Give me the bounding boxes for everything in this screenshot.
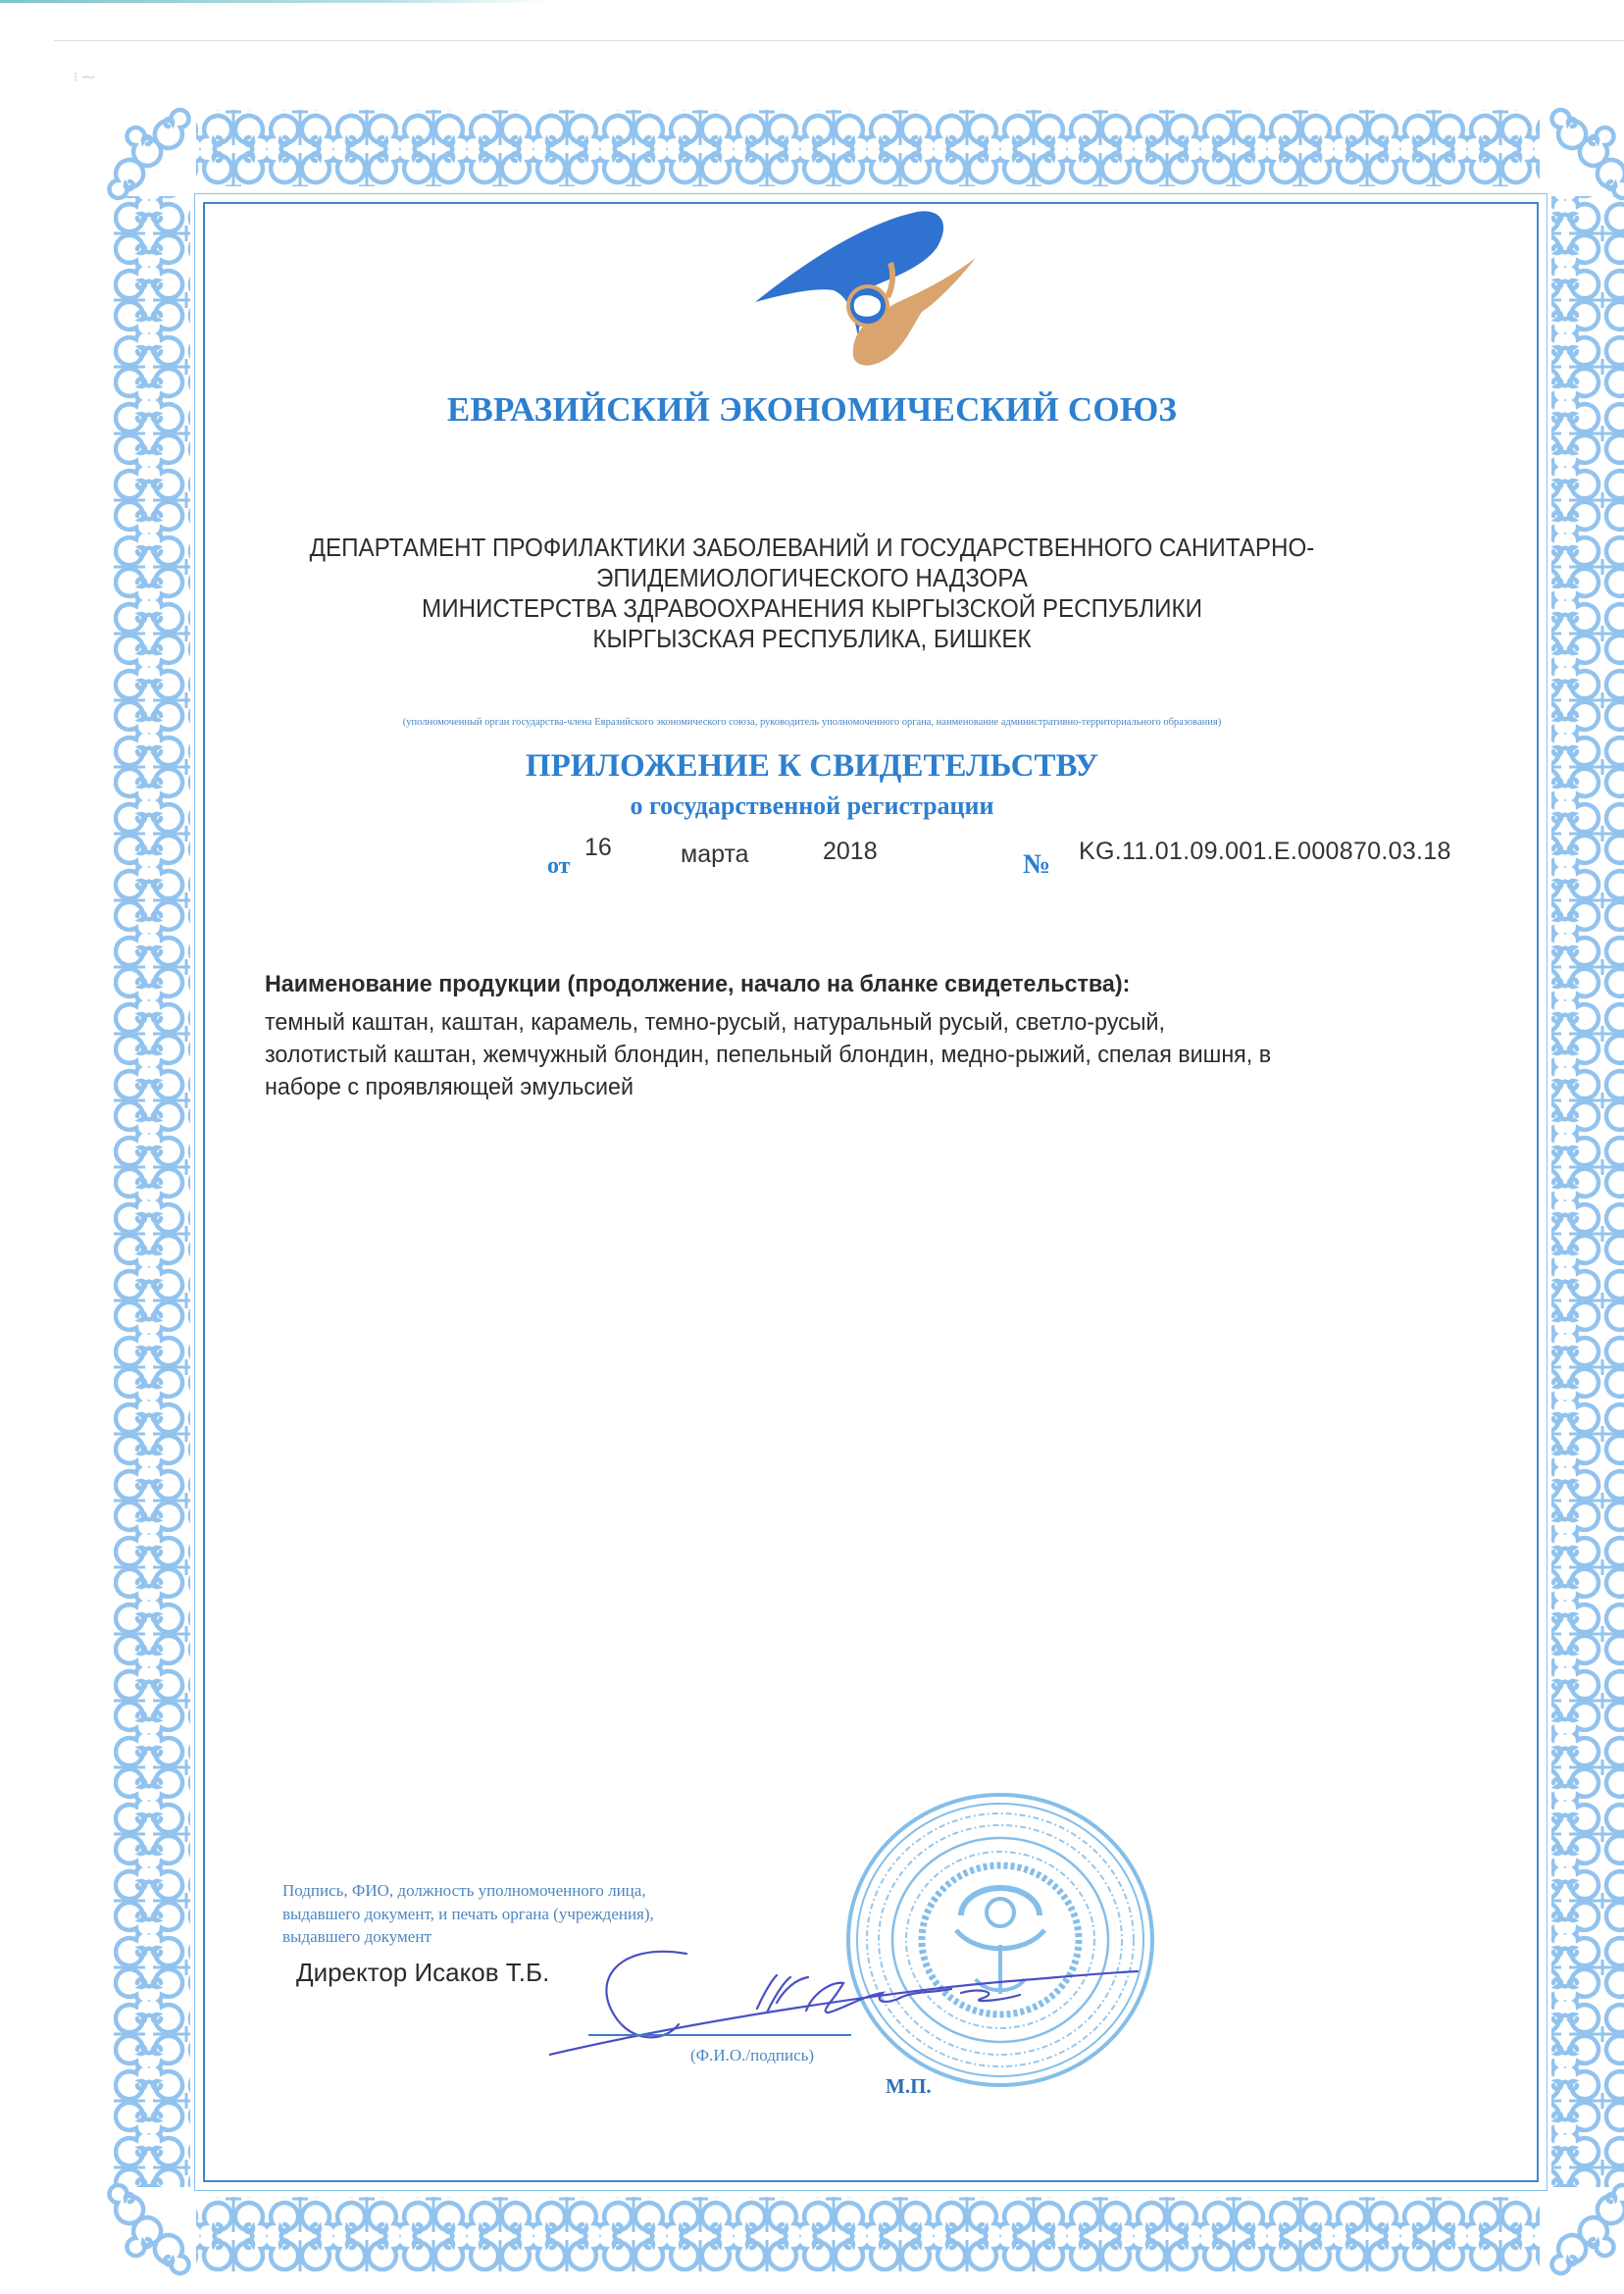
date-number-row: от 16 марта 2018 № KG.11.01.09.001.E.000… xyxy=(0,834,1624,892)
number-sign: № xyxy=(1023,849,1050,881)
signature-caption-line: выдавшего документ, и печать органа (учр… xyxy=(282,1903,654,1926)
signer-name: Директор Исаков Т.Б. xyxy=(296,1958,549,1988)
department-line: МИНИСТЕРСТВА ЗДРАВООХРАНЕНИЯ КЫРГЫЗСКОЙ … xyxy=(57,593,1567,624)
date-day: 16 xyxy=(584,834,612,862)
document-title: ПРИЛОЖЕНИЕ К СВИДЕТЕЛЬСТВУ xyxy=(0,748,1624,785)
product-line: темный каштан, каштан, карамель, темно-р… xyxy=(265,1006,1420,1039)
eaeu-logo-icon xyxy=(745,204,981,371)
date-prefix: от xyxy=(547,853,570,880)
registration-number: KG.11.01.09.001.E.000870.03.18 xyxy=(1079,838,1451,866)
product-line: наборе с проявляющей эмульсией xyxy=(265,1071,1420,1103)
signature-line xyxy=(588,2034,851,2036)
product-heading: Наименование продукции (продолжение, нач… xyxy=(265,969,1420,1000)
signature-line-caption: (Ф.И.О./подпись) xyxy=(690,2046,814,2065)
signature-caption-line: Подпись, ФИО, должность уполномоченного … xyxy=(282,1879,654,1903)
department-line: ЭПИДЕМИОЛОГИЧЕСКОГО НАДЗОРА xyxy=(57,563,1567,593)
product-line: золотистый каштан, жемчужный блондин, пе… xyxy=(265,1039,1420,1071)
product-section: Наименование продукции (продолжение, нач… xyxy=(265,969,1481,1103)
date-month: марта xyxy=(681,841,749,869)
handwritten-signature-icon xyxy=(549,1942,1157,2060)
department-name: ДЕПАРТАМЕНТ ПРОФИЛАКТИКИ ЗАБОЛЕВАНИЙ И Г… xyxy=(57,533,1567,654)
department-line: ДЕПАРТАМЕНТ ПРОФИЛАКТИКИ ЗАБОЛЕВАНИЙ И Г… xyxy=(57,533,1567,563)
department-line: КЫРГЫЗСКАЯ РЕСПУБЛИКА, БИШКЕК xyxy=(57,624,1567,654)
document-subtitle: о государственной регистрации xyxy=(0,791,1624,821)
product-list: темный каштан, каштан, карамель, темно-р… xyxy=(265,1006,1420,1103)
seal-label: М.П. xyxy=(886,2074,932,2099)
organization-title: ЕВРАЗИЙСКИЙ ЭКОНОМИЧЕСКИЙ СОЮЗ xyxy=(0,390,1624,430)
date-year: 2018 xyxy=(823,838,878,866)
authority-caption: (уполномоченный орган государства-члена … xyxy=(0,717,1624,728)
signature-caption: Подпись, ФИО, должность уполномоченного … xyxy=(282,1879,654,1949)
